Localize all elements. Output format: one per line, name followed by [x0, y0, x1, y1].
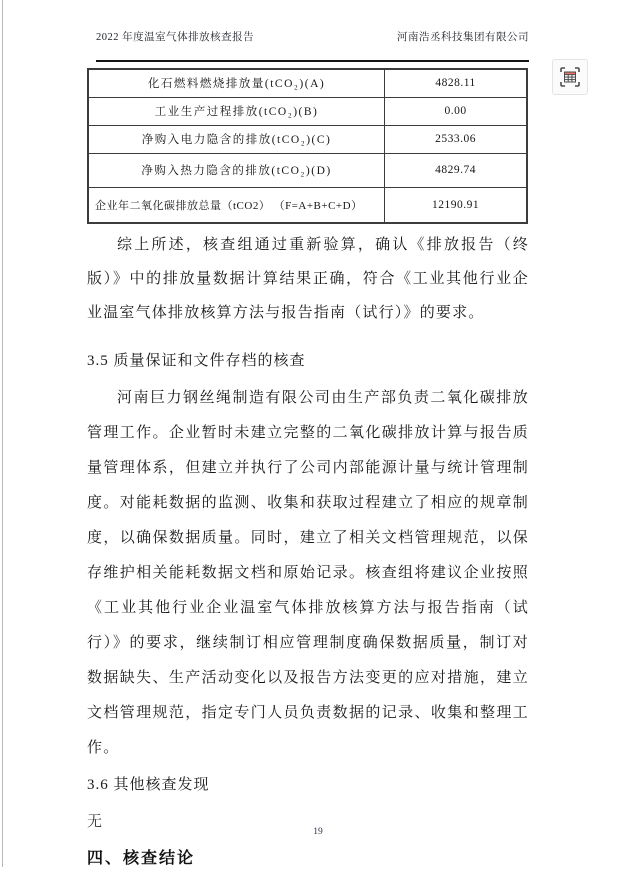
- row-value: 2533.06: [385, 125, 527, 153]
- table-row: 净购入热力隐含的排放(tCO₂)(D) 4829.74: [88, 153, 527, 187]
- row-value: 4828.11: [385, 69, 527, 97]
- section-3-5-paragraph: 河南巨力钢丝绳制造有限公司由生产部负责二氧化碳排放管理工作。企业暂时未建立完整的…: [87, 381, 529, 766]
- report-page: 2022 年度温室气体排放核查报告 河南浩丞科技集团有限公司 化石燃料燃烧排放量…: [0, 0, 636, 873]
- row-label: 化石燃料燃烧排放量(tCO₂)(A): [88, 69, 385, 97]
- row-value: 12190.91: [385, 187, 527, 223]
- emissions-summary-table: 化石燃料燃烧排放量(tCO₂)(A) 4828.11 工业生产过程排放(tCO₂…: [87, 68, 528, 224]
- header-company-name: 河南浩丞科技集团有限公司: [397, 29, 529, 44]
- page-number: 19: [0, 827, 636, 837]
- table-row: 企业年二氧化碳排放总量（tCO2） （F=A+B+C+D） 12190.91: [88, 187, 527, 223]
- table-extract-icon: [559, 66, 581, 88]
- row-value: 4829.74: [385, 153, 527, 187]
- section-4-heading: 四、核查结论: [87, 845, 529, 868]
- page-edge-line: [2, 0, 3, 867]
- header-doc-title: 2022 年度温室气体排放核查报告: [96, 29, 254, 44]
- table-row: 化石燃料燃烧排放量(tCO₂)(A) 4828.11: [88, 69, 527, 97]
- page-header: 2022 年度温室气体排放核查报告 河南浩丞科技集团有限公司: [96, 29, 529, 44]
- section-3-5-heading: 3.5 质量保证和文件存档的核查: [87, 349, 529, 370]
- page-body: 综上所述，核查组通过重新验算，确认《排放报告（终版）》中的排放量数据计算结果正确…: [87, 228, 529, 868]
- row-label: 工业生产过程排放(tCO₂)(B): [88, 97, 385, 125]
- summary-paragraph: 综上所述，核查组通过重新验算，确认《排放报告（终版）》中的排放量数据计算结果正确…: [87, 228, 529, 330]
- row-label: 企业年二氧化碳排放总量（tCO2） （F=A+B+C+D）: [88, 187, 385, 223]
- header-divider: [96, 60, 529, 62]
- section-3-6-heading: 3.6 其他核查发现: [87, 773, 529, 794]
- row-label: 净购入电力隐含的排放(tCO₂)(C): [88, 125, 385, 153]
- table-row: 工业生产过程排放(tCO₂)(B) 0.00: [88, 97, 527, 125]
- table-row: 净购入电力隐含的排放(tCO₂)(C) 2533.06: [88, 125, 527, 153]
- table-extract-button[interactable]: [552, 59, 588, 95]
- row-label: 净购入热力隐含的排放(tCO₂)(D): [88, 153, 385, 187]
- row-value: 0.00: [385, 97, 527, 125]
